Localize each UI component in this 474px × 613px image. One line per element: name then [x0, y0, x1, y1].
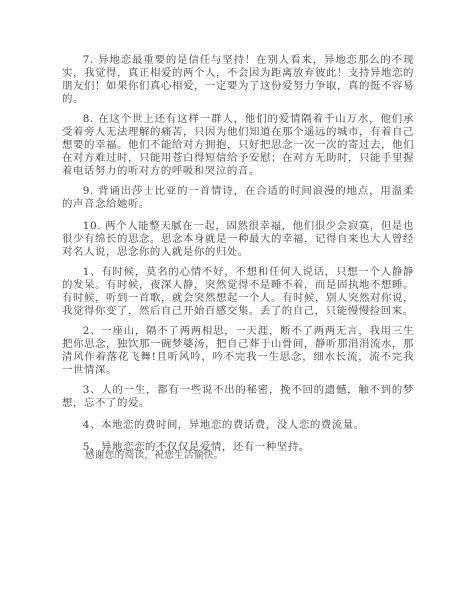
paragraph-4: 4、本地恋的费时间，异地恋的费话费，没人恋的费流量。	[62, 419, 414, 432]
paragraph-9: 9. 背诵出莎士比亚的一首情诗，在合适的时间浪漫的地点，用温柔的声音念给她听。	[62, 185, 414, 211]
paragraph-3: 3、人的一生，都有一些说不出的秘密，挽不回的遗憾，触不到的梦想，忘不了的爱。	[62, 384, 414, 410]
document-body: 7. 异地恋最重要的是信任与坚持！在别人看来，异地恋那么的不现实，我觉得，真正相…	[62, 54, 414, 463]
paragraph-10: 10. 两个人能整天腻在一起，固然很幸福，他们很少会寂寞，但是也很少有绵长的思念…	[62, 220, 414, 259]
paragraph-1: 1、有时候，莫名的心情不好，不想和任何人说话，只想一个人静静的发呆。有时候，夜深…	[62, 266, 414, 318]
closing-line: 感谢您的阅读，祝您生活愉快。	[85, 450, 224, 462]
document-page: 7. 异地恋最重要的是信任与坚持！在别人看来，异地恋那么的不现实，我觉得，真正相…	[0, 0, 474, 613]
paragraph-8: 8. 在这个世上还有这样一群人，他们的爱情隔着千山万水，他们承受着旁人无法理解的…	[62, 113, 414, 178]
paragraph-7: 7. 异地恋最重要的是信任与坚持！在别人看来，异地恋那么的不现实，我觉得，真正相…	[62, 54, 414, 106]
paragraph-2: 2、一座山，隔不了两两相思，一天涯，断不了两两无言，我用三生把你思念，独饮那一碗…	[62, 325, 414, 377]
